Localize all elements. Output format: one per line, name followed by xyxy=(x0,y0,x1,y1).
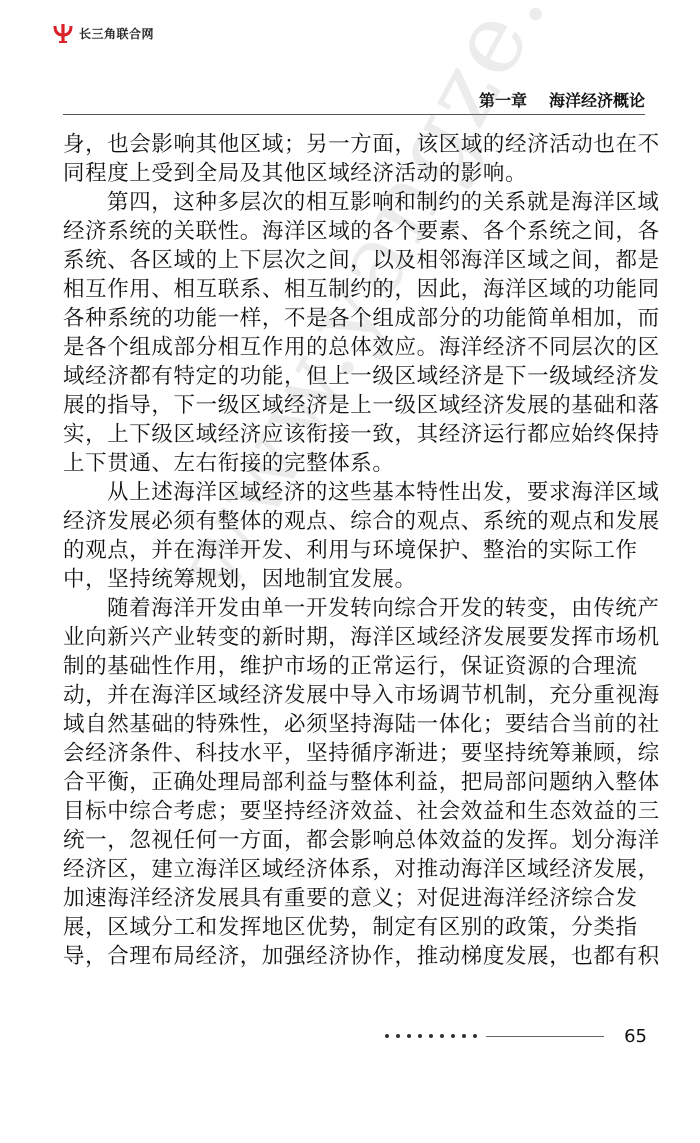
text-line: 经济发展必须有整体的观点、综合的观点、系统的观点和发展 xyxy=(63,507,647,536)
footer-dot xyxy=(440,1034,444,1038)
text-line: 中，坚持统筹规划，因地制宜发展。 xyxy=(63,565,647,594)
text-line: 业向新兴产业转变的新时期，海洋区域经济发展要发挥市场机 xyxy=(63,623,647,652)
site-logo: 长三角联合网 xyxy=(52,22,154,44)
text-line: 随着海洋开发由单一开发转向综合开发的转变，由传统产 xyxy=(63,594,647,623)
footer-dot xyxy=(429,1034,433,1038)
footer-dots xyxy=(385,1034,477,1038)
text-line: 实，上下级区域经济应该衔接一致，其经济运行都应始终保持 xyxy=(63,420,647,449)
chapter-title: 海洋经济概论 xyxy=(549,91,645,110)
footer-rule xyxy=(486,1036,604,1037)
footer-dot xyxy=(473,1034,477,1038)
page-footer: 65 xyxy=(385,1026,647,1046)
text-line: 是各个组成部分相互作用的总体效应。海洋经济不同层次的区 xyxy=(63,333,647,362)
text-line: 目标中综合考虑；要坚持经济效益、社会效益和生态效益的三 xyxy=(63,797,647,826)
text-line: 上下贯通、左右衔接的完整体系。 xyxy=(63,449,647,478)
text-line: 身，也会影响其他区域；另一方面，该区域的经济活动也在不 xyxy=(63,130,647,159)
text-line: 统一，忽视任何一方面，都会影响总体效益的发挥。划分海洋 xyxy=(63,826,647,855)
text-line: 经济区，建立海洋区域经济体系，对推动海洋区域经济发展， xyxy=(63,855,647,884)
text-line: 合平衡，正确处理局部利益与整体利益，把局部问题纳入整体 xyxy=(63,768,647,797)
footer-dot xyxy=(396,1034,400,1038)
text-line: 域自然基础的特殊性，必须坚持海陆一体化；要结合当前的社 xyxy=(63,710,647,739)
footer-dot xyxy=(462,1034,466,1038)
text-line: 展，区域分工和发挥地区优势，制定有区别的政策，分类指 xyxy=(63,913,647,942)
text-line: 各种系统的功能一样，不是各个组成部分的功能简单相加，而 xyxy=(63,304,647,333)
chapter-label: 第一章 xyxy=(479,91,527,110)
text-line: 域经济都有特定的功能，但上一级区域经济是下一级域经济发 xyxy=(63,362,647,391)
header-rule xyxy=(63,114,645,115)
logo-text: 长三角联合网 xyxy=(79,25,154,42)
text-line: 制的基础性作用，维护市场的正常运行，保证资源的合理流 xyxy=(63,652,647,681)
text-line: 的观点，并在海洋开发、利用与环境保护、整治的实际工作 xyxy=(63,536,647,565)
text-line: 系统、各区域的上下层次之间，以及相邻海洋区域之间，都是 xyxy=(63,246,647,275)
text-line: 会经济条件、科技水平，坚持循序渐进；要坚持统筹兼顾，综 xyxy=(63,739,647,768)
text-line: 从上述海洋区域经济的这些基本特性出发，要求海洋区域 xyxy=(63,478,647,507)
text-line: 相互作用、相互联系、相互制约的，因此，海洋区域的功能同 xyxy=(63,275,647,304)
text-line: 第四，这种多层次的相互影响和制约的关系就是海洋区域 xyxy=(63,188,647,217)
text-line: 动，并在海洋区域经济发展中导入市场调节机制，充分重视海 xyxy=(63,681,647,710)
psi-logo-icon xyxy=(52,22,74,44)
footer-dot xyxy=(451,1034,455,1038)
chapter-heading: 第一章海洋经济概论 xyxy=(0,88,645,111)
text-line: 导，合理布局经济，加强经济协作，推动梯度发展，也都有积 xyxy=(63,942,647,971)
page-number: 65 xyxy=(624,1026,647,1047)
footer-dot xyxy=(385,1034,389,1038)
text-line: 经济系统的关联性。海洋区域的各个要素、各个系统之间，各 xyxy=(63,217,647,246)
body-text: 身，也会影响其他区域；另一方面，该区域的经济活动也在不同程度上受到全局及其他区域… xyxy=(63,130,647,971)
footer-dot xyxy=(418,1034,422,1038)
text-line: 同程度上受到全局及其他区域经济活动的影响。 xyxy=(63,159,647,188)
text-line: 展的指导，下一级区域经济是上一级区域经济发展的基础和落 xyxy=(63,391,647,420)
text-line: 加速海洋经济发展具有重要的意义；对促进海洋经济综合发 xyxy=(63,884,647,913)
footer-dot xyxy=(407,1034,411,1038)
